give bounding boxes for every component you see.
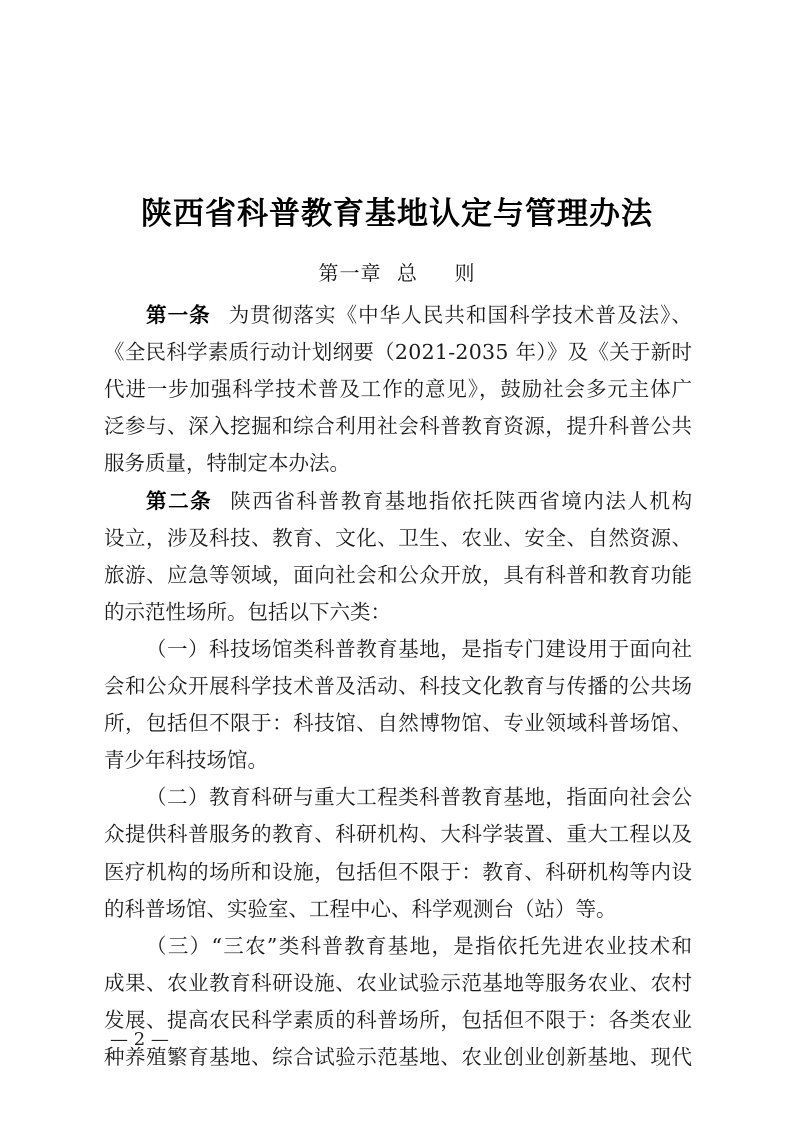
chapter-heading: 第一章 总 则: [0, 258, 794, 288]
chapter-name-part2: 则: [455, 261, 476, 285]
article-line: 第二条陕西省科普教育基地指依托陕西省境内法人机构: [146, 483, 692, 520]
article-label: 第二条: [146, 489, 212, 513]
paragraph-line: 的科普场馆、实验室、工程中心、科学观测台（站）等。: [104, 891, 692, 928]
line-text: 的科普场馆、实验室、工程中心、科学观测台（站）等。: [104, 897, 617, 921]
line-text: （二）教育科研与重大工程类科普教育基地，指面向社会公: [146, 785, 693, 809]
paragraph-line: 泛参与、深入挖掘和综合利用社会科普教育资源，提升科普公共: [104, 408, 692, 445]
paragraph-line: 医疗机构的场所和设施，包括但不限于：教育、科研机构等内设: [104, 854, 692, 891]
paragraph-line: 服务质量，特制定本办法。: [104, 445, 692, 482]
paragraph-line: 《全民科学素质行动计划纲要（2021-2035 年）》及《关于新时: [104, 334, 692, 371]
line-text: 《全民科学素质行动计划纲要（2021-2035 年）》及《关于新时: [104, 340, 692, 364]
paragraph-line: 设立，涉及科技、教育、文化、卫生、农业、安全、自然资源、: [104, 520, 692, 557]
document-page: 陕西省科普教育基地认定与管理办法 第一章 总 则 第一条为贯彻落实《中华人民共和…: [0, 0, 794, 1123]
line-text: 代进一步加强科学技术普及工作的意见》，鼓励社会多元主体广: [104, 377, 693, 401]
paragraph-line: 的示范性场所。包括以下六类：: [104, 594, 692, 631]
line-text: 泛参与、深入挖掘和综合利用社会科普教育资源，提升科普公共: [104, 414, 693, 438]
document-title: 陕西省科普教育基地认定与管理办法: [0, 192, 794, 236]
article-label: 第一条: [146, 303, 211, 327]
chapter-number: 第一章: [318, 261, 381, 285]
paragraph-line: 所，包括但不限于：科技馆、自然博物馆、专业领域科普场馆、: [104, 705, 692, 742]
line-text: 服务质量，特制定本办法。: [104, 451, 350, 475]
line-text: 的示范性场所。包括以下六类：: [104, 600, 391, 624]
paragraph-line: 众提供科普服务的教育、科研机构、大科学装置、重大工程以及: [104, 816, 692, 853]
line-text: 成果、农业教育科研设施、农业试验示范基地等服务农业、农村: [104, 971, 693, 995]
paragraph-line: 会和公众开展科学技术普及活动、科技文化教育与传播的公共场: [104, 668, 692, 705]
line-text: 会和公众开展科学技术普及活动、科技文化教育与传播的公共场: [104, 674, 693, 698]
line-text: 种养殖繁育基地、综合试验示范基地、农业创业创新基地、现代: [104, 1045, 693, 1069]
paragraph-line: 青少年科技场馆。: [104, 742, 692, 779]
paragraph-line: 发展、提高农民科学素质的科普场所，包括但不限于：各类农业: [104, 1002, 692, 1039]
line-text: 陕西省科普教育基地指依托陕西省境内法人机构: [230, 489, 693, 513]
line-text: 旅游、应急等领域，面向社会和公众开放，具有科普和教育功能: [104, 563, 693, 587]
line-text: 青少年科技场馆。: [104, 748, 268, 772]
line-text: 设立，涉及科技、教育、文化、卫生、农业、安全、自然资源、: [104, 526, 693, 550]
paragraph-line: 代进一步加强科学技术普及工作的意见》，鼓励社会多元主体广: [104, 371, 692, 408]
chapter-name-part1: 总: [397, 261, 418, 285]
paragraph-line: （二）教育科研与重大工程类科普教育基地，指面向社会公: [146, 779, 692, 816]
line-text: （一）科技场馆类科普教育基地，是指专门建设用于面向社: [146, 637, 693, 661]
paragraph-line: 旅游、应急等领域，面向社会和公众开放，具有科普和教育功能: [104, 557, 692, 594]
line-text: 为贯彻落实《中华人民共和国科学技术普及法》、: [229, 303, 693, 327]
paragraph-line: （一）科技场馆类科普教育基地，是指专门建设用于面向社: [146, 631, 692, 668]
article-line: 第一条为贯彻落实《中华人民共和国科学技术普及法》、: [146, 297, 692, 334]
page-number: — 2 —: [110, 1028, 169, 1052]
line-text: 所，包括但不限于：科技馆、自然博物馆、专业领域科普场馆、: [104, 711, 693, 735]
paragraph-line: 种养殖繁育基地、综合试验示范基地、农业创业创新基地、现代: [104, 1039, 692, 1076]
paragraph-line: 成果、农业教育科研设施、农业试验示范基地等服务农业、农村: [104, 965, 692, 1002]
line-text: 发展、提高农民科学素质的科普场所，包括但不限于：各类农业: [104, 1008, 693, 1032]
line-text: （三）“三农”类科普教育基地，是指依托先进农业技术和: [146, 934, 693, 958]
line-text: 医疗机构的场所和设施，包括但不限于：教育、科研机构等内设: [104, 860, 693, 884]
line-text: 众提供科普服务的教育、科研机构、大科学装置、重大工程以及: [104, 822, 693, 846]
paragraph-line: （三）“三农”类科普教育基地，是指依托先进农业技术和: [146, 928, 692, 965]
